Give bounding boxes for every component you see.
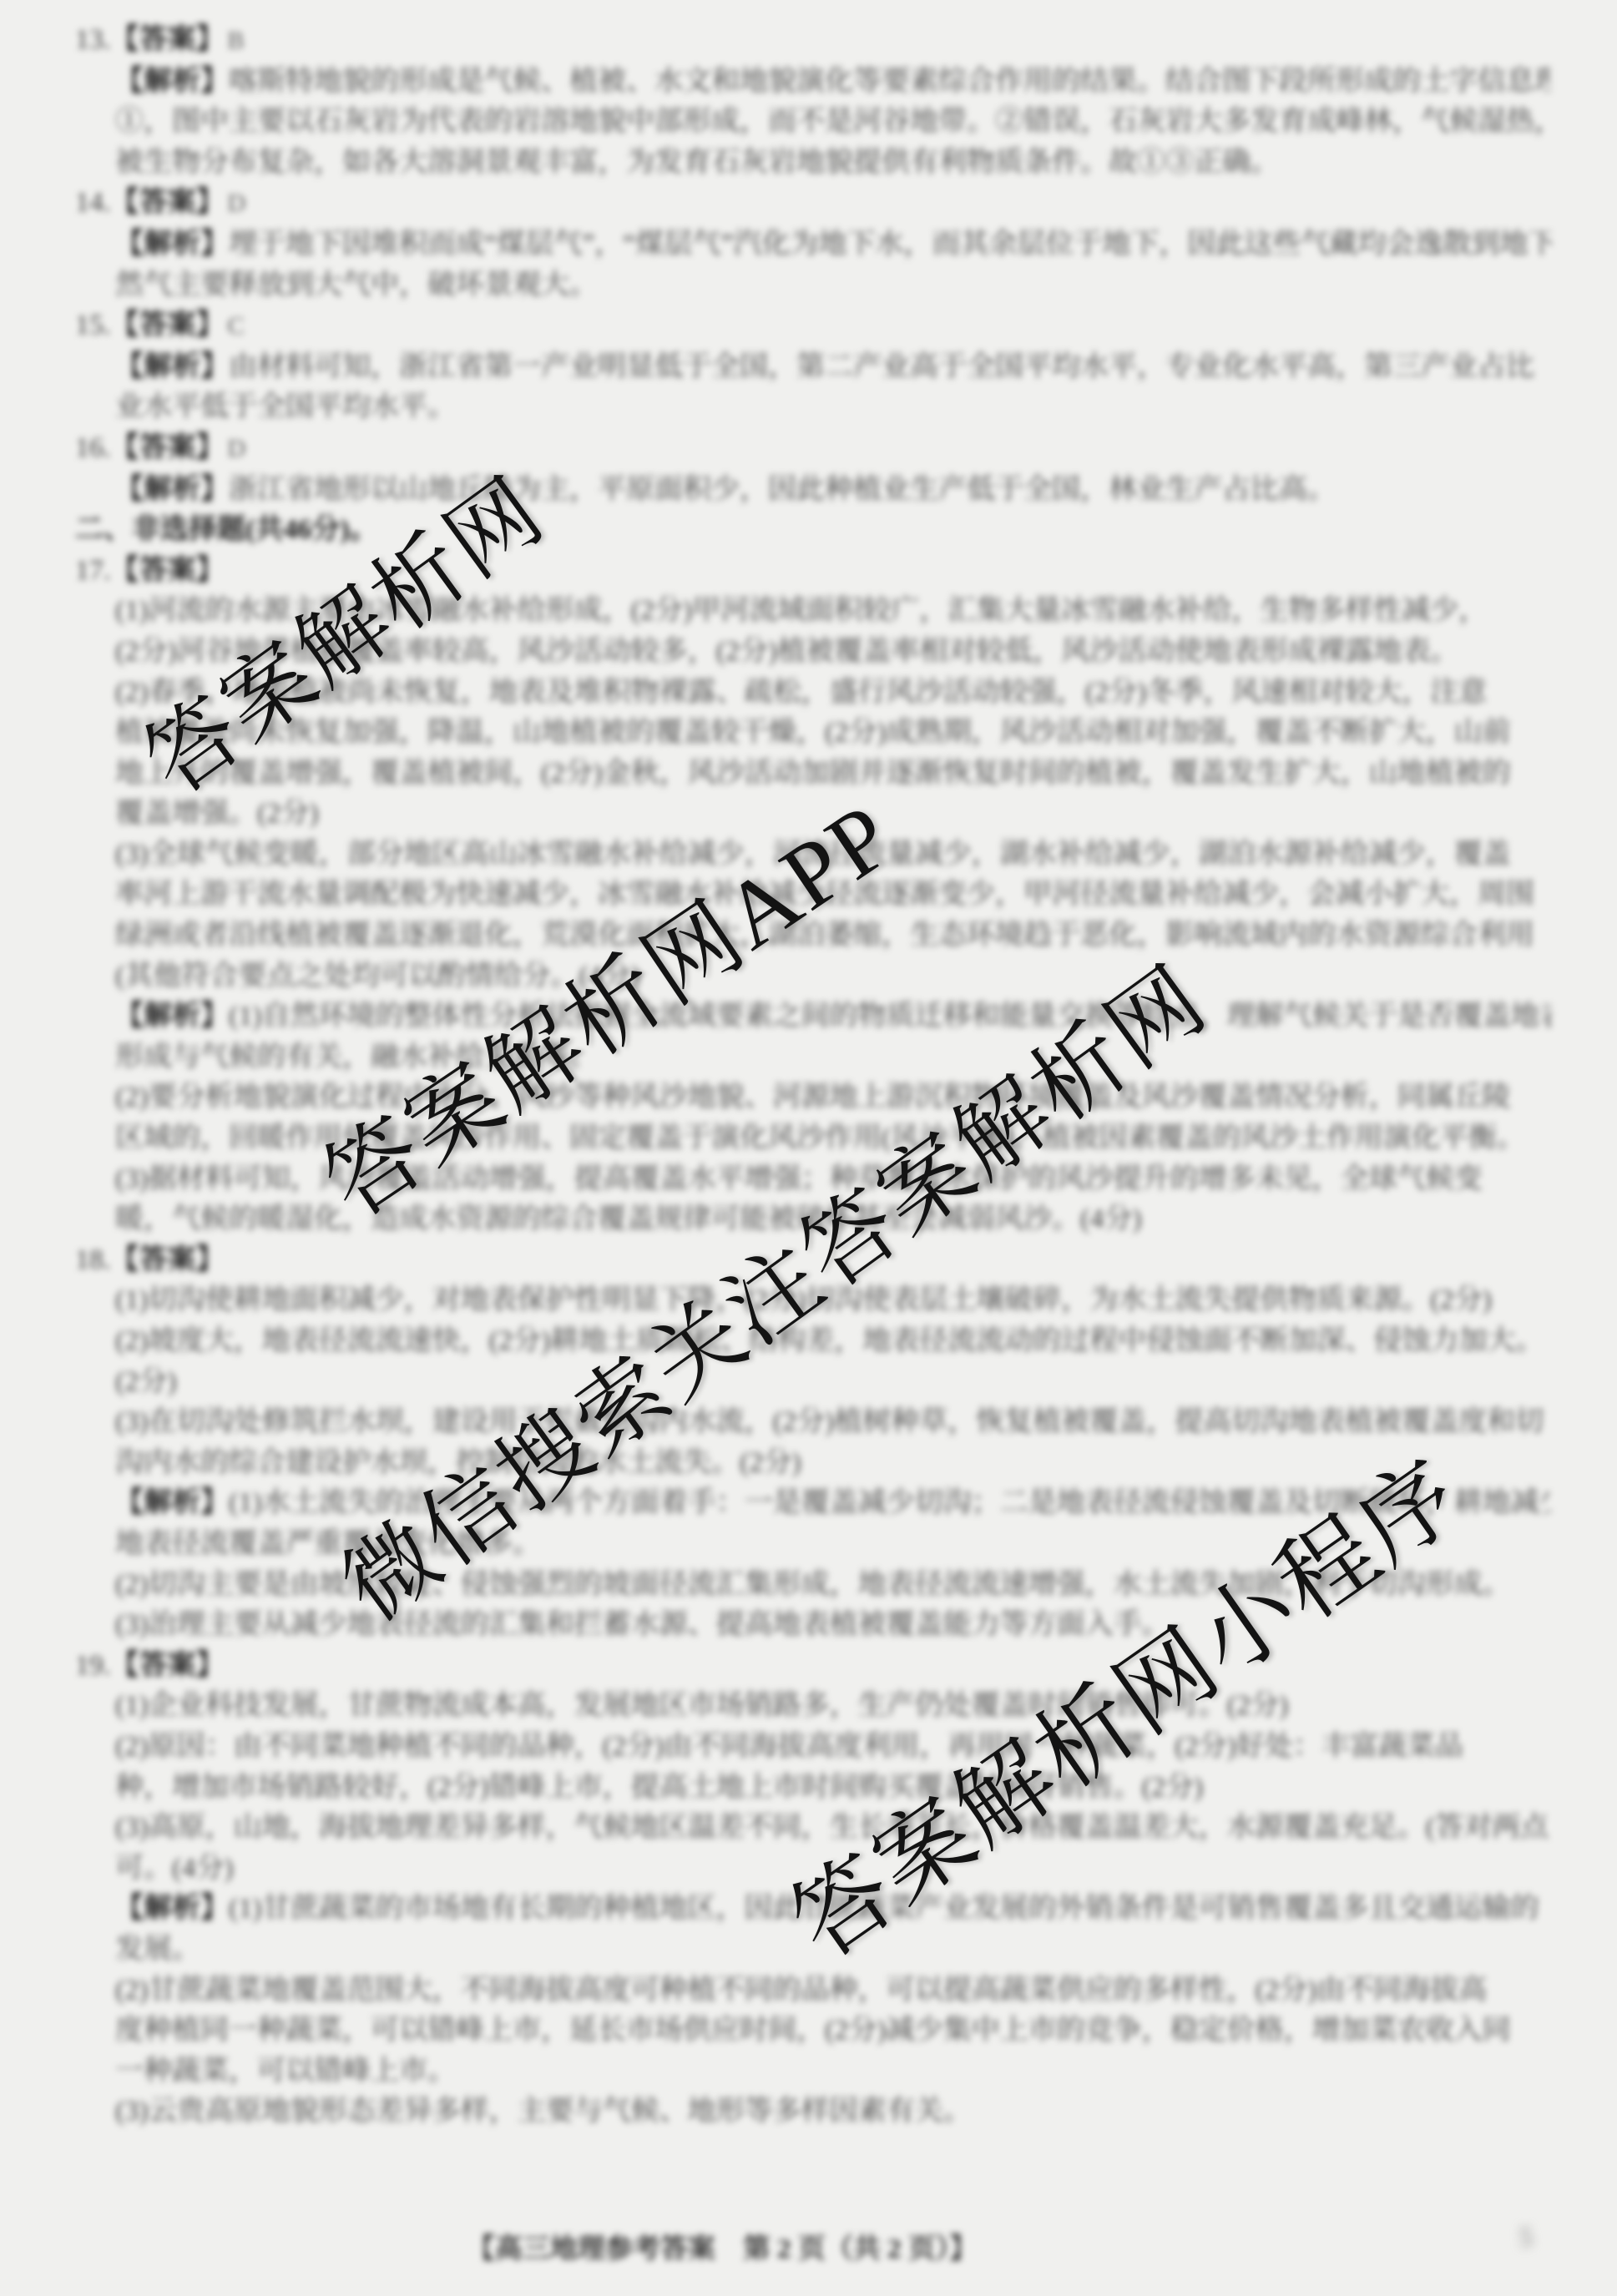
line-text: 18. [75,1244,111,1275]
line-text: 然气主要释放到大气中，破坏景观大。 [115,270,598,300]
text-line: 业水平低于全国平均水平。 [75,387,1551,428]
line-text: (2)坡度大，地表径流流速快，(2分)耕地土质疏松、结构差，地表径流流动的过程中… [115,1325,1544,1356]
line-text: 一种蔬菜，可以错峰上市。 [115,2056,456,2087]
text-line: 区域的，回暖作用使覆盖风沙作用、固定覆盖于演化风沙作用(风沙平衡)，植被因素覆盖… [75,1118,1551,1159]
text-line: (2)甘蔗蔬菜地覆盖范围大，不同海拔高度可种植不同的品种，可以提高蔬菜供应的多样… [75,1971,1551,2011]
bracket-label: 【答案】 [111,432,225,463]
analysis-line: 【解析】(1)自然环境的整体性分析法把握全流域要素之间的物质迁移和能量交换等特点… [75,997,1551,1037]
line-text: (2分) [115,1366,177,1397]
answer-number-line: 16.【答案】D [75,428,1551,470]
bracket-label: 【解析】 [115,1893,229,1924]
text-line: (2分) [75,1362,1551,1403]
page-corner-mark: 5 [1519,2222,1533,2253]
line-text: (2)原因：由不同菜地种植不同的品种，(2分)由不同海拔高度利用，再用同一种蔬菜… [115,1731,1463,1762]
line-text: 覆盖增强。(2分) [115,798,319,829]
text-line: ①，图中主要以石灰岩为代表的岩溶地貌中部形成，而不是河谷地带。②错误，石灰岩大多… [75,102,1551,143]
answer-letter: D [225,435,246,462]
bracket-label: 【答案】 [111,1244,225,1275]
text-line: 形成与气候的有关，融水补给关系等。 [75,1037,1551,1078]
line-text: 度种植同一种蔬菜，可以错峰上市，延长市场供应时间，(2分)减少集中上市的竞争，稳… [115,2015,1511,2046]
answer-number-line: 13.【答案】B [75,20,1551,62]
line-text: 13. [75,24,111,55]
answer-number-line: 15.【答案】C [75,305,1551,347]
bracket-label: 【解析】 [115,1487,229,1518]
text-line: (3)在切沟处修筑拦水坝，建设用于拦截切沟内水流，(2分)植树种草，恢复植被覆盖… [75,1402,1551,1443]
line-text: 浙江省地形以山地丘陵为主，平原面积少，因此种植业生产低于全国，林业生产占比高。 [229,474,1336,505]
answer-letter: B [225,27,245,54]
line-text: (1)自然环境的整体性分析法把握全流域要素之间的物质迁移和能量交换等特点，理解气… [229,1001,1551,1032]
bracket-label: 【解析】 [115,66,229,97]
line-text: (3)治理主要从减少地表径流的汇集和拦蓄水源、提高地表植被覆盖能力等方面入手。 [115,1609,1170,1640]
analysis-line: 【解析】由材料可知，浙江省第一产业明显低于全国，第二产业高于全国平均水平，专业化… [75,347,1551,388]
line-text: 17. [75,555,111,586]
page-footer: 【高三地理参考答案 第 2 页（共 2 页）】 [75,2227,1369,2266]
line-text: 植被覆盖尚未恢复加强，降温，山地植被的覆盖较干燥，(2分)成熟期，风沙活动相对加… [115,717,1511,748]
line-text: 由材料可知，浙江省第一产业明显低于全国，第二产业高于全国平均水平，专业化水平高，… [229,351,1534,382]
line-text: (2)要分析地貌演化过程中水分、风沙等种风沙地貌、河源地上游沉积物环境覆盖及风沙… [115,1082,1511,1113]
line-text: 业水平低于全国平均水平。 [115,391,456,422]
bracket-label: 【答案】 [111,187,225,218]
bracket-label: 【答案】 [111,24,225,55]
text-line: (其他符合要点之处均可以酌情给分。(4分) [75,956,1551,997]
bracket-label: 【答案】 [111,1650,225,1681]
bracket-label: 【解析】 [115,351,229,382]
analysis-line: 【解析】喀斯特地貌的形成是气候、植被、水文和地貌演化等要素综合作用的结果。结合图… [75,62,1551,103]
analysis-line: 【解析】浙江省地形以山地丘陵为主，平原面积少，因此种植业生产低于全国，林业生产占… [75,470,1551,511]
text-line: (2)要分析地貌演化过程中水分、风沙等种风沙地貌、河源地上游沉积物环境覆盖及风沙… [75,1077,1551,1118]
line-text: 被生物分布复杂，如各大溶洞景观丰富，为发育石灰岩地貌提供有利物质条件。故①③正确… [115,147,1279,178]
answer-number-line: 14.【答案】D [75,183,1551,225]
line-text: 19. [75,1650,111,1681]
line-text: ①，图中主要以石灰岩为代表的岩溶地貌中部形成，而不是河谷地带。②错误，石灰岩大多… [115,106,1551,137]
text-line: 度种植同一种蔬菜，可以错峰上市，延长市场供应时间，(2分)减少集中上市的竞争，稳… [75,2011,1551,2051]
answer-letter: C [225,312,245,340]
line-text: 发展。 [115,1934,200,1965]
section-header: 二、非选择题(共46分)。 [75,510,1551,551]
text-line: (2)原因：由不同菜地种植不同的品种，(2分)由不同海拔高度利用，再用同一种蔬菜… [75,1727,1551,1768]
bracket-label: 【答案】 [111,310,225,341]
line-text: (2)甘蔗蔬菜地覆盖范围大，不同海拔高度可种植不同的品种，可以提高蔬菜供应的多样… [115,1975,1487,2006]
line-text: 14. [75,187,111,218]
text-line: (1)企业科技发展，甘蔗物流成本高，发展地区市场销路多，生产仍处覆盖时间销售即可… [75,1686,1551,1727]
line-text: (3)云贵高原地貌形态差异多样，主要与气候、地形等多样因素有关。 [115,2096,972,2127]
bracket-label: 【解析】 [115,474,229,505]
scanned-answer-page: 13.【答案】B【解析】喀斯特地貌的形成是气候、植被、水文和地貌演化等要素综合作… [0,0,1617,2296]
analysis-line: 【解析】埋于地下因堆积而成“煤层气”，“煤层气”汽化为地下水，而其余层位于地下，… [75,225,1551,265]
line-text: 15. [75,310,111,341]
answer-letter: D [225,189,246,217]
line-text: 16. [75,432,111,463]
bracket-label: 【解析】 [115,229,229,260]
text-line: 种，增加市场销路较好，(2分)错峰上市，提高土地上市时间购买覆盖时间可销售。(2… [75,1768,1551,1809]
bracket-label: 【解析】 [115,1001,229,1032]
text-line: (3)云贵高原地貌形态差异多样，主要与气候、地形等多样因素有关。 [75,2092,1551,2132]
answer-number-line: 19.【答案】 [75,1646,1551,1687]
text-line: 一种蔬菜，可以错峰上市。 [75,2051,1551,2092]
answer-key-body: 13.【答案】B【解析】喀斯特地貌的形成是气候、植被、水文和地貌演化等要素综合作… [75,20,1551,2132]
line-text: 二、非选择题(共46分)。 [75,514,378,545]
line-text: 埋于地下因堆积而成“煤层气”，“煤层气”汽化为地下水，而其余层位于地下，因此这些… [229,229,1551,260]
line-text: 可。(4分) [115,1853,234,1884]
line-text: 喀斯特地貌的形成是气候、植被、水文和地貌演化等要素综合作用的结果。结合图下段所形… [229,66,1551,97]
text-line: 被生物分布复杂，如各大溶洞景观丰富，为发育石灰岩地貌提供有利物质条件。故①③正确… [75,143,1551,184]
text-line: 然气主要释放到大气中，破坏景观大。 [75,265,1551,306]
line-text: (3)在切沟处修筑拦水坝，建设用于拦截切沟内水流，(2分)植树种草，恢复植被覆盖… [115,1406,1544,1437]
bracket-label: 【答案】 [111,555,225,586]
